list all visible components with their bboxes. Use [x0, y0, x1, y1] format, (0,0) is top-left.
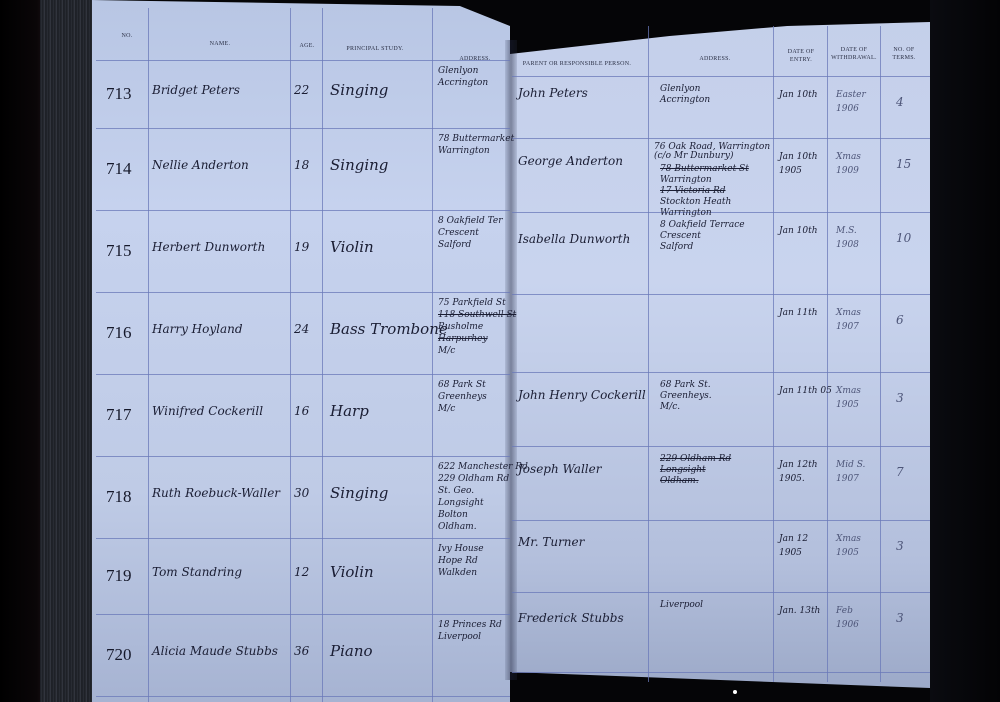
header-date-of-entry: Date of Entry.: [776, 48, 826, 64]
grid-hline: [512, 446, 930, 447]
grid-hline: [512, 520, 930, 521]
student-address-line: 18 Princes Rd: [438, 620, 502, 630]
student-address-line: M/c: [438, 346, 455, 356]
student-address-line: Warrington: [438, 146, 490, 156]
grid-hline: [96, 292, 510, 293]
number-of-terms: 6: [896, 314, 904, 328]
parent-address-line: M/c.: [660, 402, 680, 412]
student-address-line: Crescent: [438, 228, 479, 238]
student-address-line: Bolton: [438, 510, 468, 520]
student-age: 24: [294, 323, 309, 337]
student-address-line: M/c: [438, 404, 455, 414]
student-name: Herbert Dunworth: [152, 241, 265, 255]
entry-number: 719: [106, 566, 132, 586]
entry-number: 715: [106, 241, 132, 261]
grid-vline: [880, 26, 881, 682]
header-no: No.: [112, 32, 142, 40]
parent-name: Frederick Stubbs: [518, 612, 624, 626]
principal-study: Violin: [330, 239, 374, 256]
parent-name: John Peters: [518, 87, 588, 101]
entry-number: 718: [106, 487, 132, 507]
date-of-withdrawal: Mid S.: [836, 460, 865, 470]
student-address-line: 8 Oakfield Ter: [438, 216, 503, 226]
student-address-line: 622 Manchester Rd: [438, 462, 528, 472]
date-of-withdrawal: Feb: [836, 606, 853, 616]
number-of-terms: 10: [896, 232, 911, 246]
date-of-withdrawal: 1907: [836, 474, 859, 484]
principal-study: Bass Trombone: [330, 321, 448, 338]
date-of-withdrawal: 1907: [836, 322, 859, 332]
date-of-withdrawal: Xmas: [836, 386, 861, 396]
date-of-entry: Jan 10th: [779, 152, 818, 162]
student-address-line: Ivy House: [438, 544, 484, 554]
grid-vline: [322, 8, 323, 702]
entry-number: 713: [106, 84, 132, 104]
date-of-entry: Jan 12th: [779, 460, 818, 470]
student-name: Harry Hoyland: [152, 323, 243, 337]
date-of-entry: Jan. 13th: [779, 606, 820, 616]
number-of-terms: 3: [896, 612, 904, 626]
principal-study: Singing: [330, 157, 388, 174]
parent-address-line: 68 Park St.: [660, 380, 711, 390]
grid-hline: [96, 538, 510, 539]
student-address-line: Hope Rd: [438, 556, 478, 566]
student-address-line: 75 Parkfield St: [438, 298, 506, 308]
entry-number: 720: [106, 645, 132, 665]
date-of-withdrawal: 1905: [836, 400, 859, 410]
header-parent: Parent or Responsible Person.: [512, 60, 642, 68]
student-address-line: Rusholme: [438, 322, 483, 332]
parent-address-line: Oldham.: [660, 476, 699, 486]
parent-address-line: Longsight: [660, 465, 706, 475]
student-address-line: Greenheys: [438, 392, 487, 402]
light-reflection: [733, 690, 737, 694]
parent-address-line: 229 Oldham Rd: [660, 454, 731, 464]
grid-hline: [96, 374, 510, 375]
grid-hline: [512, 294, 930, 295]
grid-vline: [290, 8, 291, 702]
number-of-terms: 4: [896, 96, 904, 110]
student-name: Bridget Peters: [152, 84, 240, 98]
header-name: Name.: [180, 40, 260, 48]
date-of-withdrawal: 1906: [836, 104, 859, 114]
parent-address-line: 78 Buttermarket St: [660, 164, 749, 174]
grid-hline: [512, 372, 930, 373]
grid-hline: [512, 592, 930, 593]
student-name: Winifred Cockerill: [152, 405, 263, 419]
parent-address-line: 17 Victoria Rd: [660, 186, 726, 196]
student-address-line: 229 Oldham Rd: [438, 474, 509, 484]
header-address-right: Address.: [670, 55, 760, 63]
grid-hline: [96, 614, 510, 615]
grid-hline: [96, 60, 510, 61]
principal-study: Harp: [330, 403, 369, 420]
principal-study: Violin: [330, 564, 374, 581]
header-date-of-withdrawal: Date of Withdrawal.: [828, 46, 880, 62]
parent-address-line: Greenheys.: [660, 391, 712, 401]
date-of-withdrawal: Xmas: [836, 152, 861, 162]
date-of-entry: Jan 11th 05: [779, 386, 832, 396]
grid-vline: [827, 26, 828, 682]
header-age: Age.: [292, 42, 322, 50]
student-address-line: Glenlyon: [438, 66, 478, 76]
student-address-line: 68 Park St: [438, 380, 486, 390]
grid-vline: [773, 26, 774, 682]
student-name: Tom Standring: [152, 566, 242, 580]
number-of-terms: 3: [896, 540, 904, 554]
parent-address-note: (c/o Mr Dunbury): [654, 151, 734, 161]
parent-address-line: Warrington: [660, 208, 712, 218]
entry-number: 714: [106, 159, 132, 179]
date-of-withdrawal: Xmas: [836, 308, 861, 318]
grid-hline: [512, 672, 930, 673]
principal-study: Singing: [330, 485, 388, 502]
parent-address-line: Crescent: [660, 231, 701, 241]
entry-number: 717: [106, 405, 132, 425]
student-age: 19: [294, 241, 309, 255]
student-name: Alicia Maude Stubbs: [152, 645, 278, 659]
parent-address-line: Salford: [660, 242, 693, 252]
book-page-edges: [40, 0, 92, 702]
number-of-terms: 7: [896, 466, 904, 480]
principal-study: Piano: [330, 643, 373, 660]
student-age: 36: [294, 645, 309, 659]
parent-name: John Henry Cockerill: [518, 389, 646, 403]
grid-hline: [96, 696, 510, 697]
grid-hline: [512, 76, 930, 77]
parent-name: George Anderton: [518, 155, 623, 169]
student-address-line: Accrington: [438, 78, 488, 88]
number-of-terms: 15: [896, 158, 911, 172]
student-address-line: Salford: [438, 240, 471, 250]
parent-address-line: Liverpool: [660, 600, 703, 610]
student-age: 22: [294, 84, 309, 98]
parent-name: Joseph Waller: [518, 463, 601, 477]
date-of-withdrawal: 1905: [836, 548, 859, 558]
student-address-line: Longsight: [438, 498, 484, 508]
student-address-line: Oldham.: [438, 522, 477, 532]
header-address-left: Address.: [450, 55, 500, 63]
parent-address-line: Warrington: [660, 175, 712, 185]
parent-address-line: Glenlyon: [660, 84, 700, 94]
parent-address-line: Stockton Heath: [660, 197, 731, 207]
date-of-entry: Jan 10th: [779, 90, 818, 100]
grid-vline: [648, 26, 649, 682]
student-address-line: St. Geo.: [438, 486, 474, 496]
student-age: 12: [294, 566, 309, 580]
student-address-line: 78 Buttermarket: [438, 134, 514, 144]
entry-number: 716: [106, 323, 132, 343]
date-of-withdrawal: 1909: [836, 166, 859, 176]
parent-address-line: 8 Oakfield Terrace: [660, 220, 745, 230]
header-principal-study: Principal Study.: [330, 45, 420, 53]
date-of-withdrawal: Xmas: [836, 534, 861, 544]
date-of-withdrawal: 1908: [836, 240, 859, 250]
header-no-of-terms: No. of Terms.: [882, 46, 926, 62]
student-name: Nellie Anderton: [152, 159, 249, 173]
date-of-entry: Jan 10th: [779, 226, 818, 236]
principal-study: Singing: [330, 82, 388, 99]
date-of-entry: Jan 12: [779, 534, 808, 544]
student-age: 30: [294, 487, 309, 501]
grid-hline: [512, 138, 930, 139]
grid-vline: [432, 8, 433, 702]
number-of-terms: 3: [896, 392, 904, 406]
grid-hline: [96, 128, 510, 129]
student-address-line: Liverpool: [438, 632, 481, 642]
parent-name: Isabella Dunworth: [518, 233, 630, 247]
student-address-line: Walkden: [438, 568, 477, 578]
date-of-entry: 1905: [779, 166, 802, 176]
date-of-entry: Jan 11th: [779, 308, 818, 318]
student-address-line: 118 Southwell St: [438, 310, 516, 320]
student-age: 16: [294, 405, 309, 419]
student-age: 18: [294, 159, 309, 173]
grid-hline: [96, 210, 510, 211]
date-of-entry: 1905.: [779, 474, 805, 484]
date-of-withdrawal: Easter: [836, 90, 866, 100]
grid-hline: [512, 212, 930, 213]
grid-vline: [148, 8, 149, 702]
parent-name: Mr. Turner: [518, 536, 584, 550]
date-of-entry: 1905: [779, 548, 802, 558]
student-address-line: Harpurhey: [438, 334, 488, 344]
grid-hline: [96, 456, 510, 457]
parent-address-line: Accrington: [660, 95, 710, 105]
student-name: Ruth Roebuck-Waller: [152, 487, 280, 501]
right-page: [510, 0, 930, 702]
date-of-withdrawal: 1906: [836, 620, 859, 630]
background-dark-right: [930, 0, 1000, 702]
date-of-withdrawal: M.S.: [836, 226, 857, 236]
